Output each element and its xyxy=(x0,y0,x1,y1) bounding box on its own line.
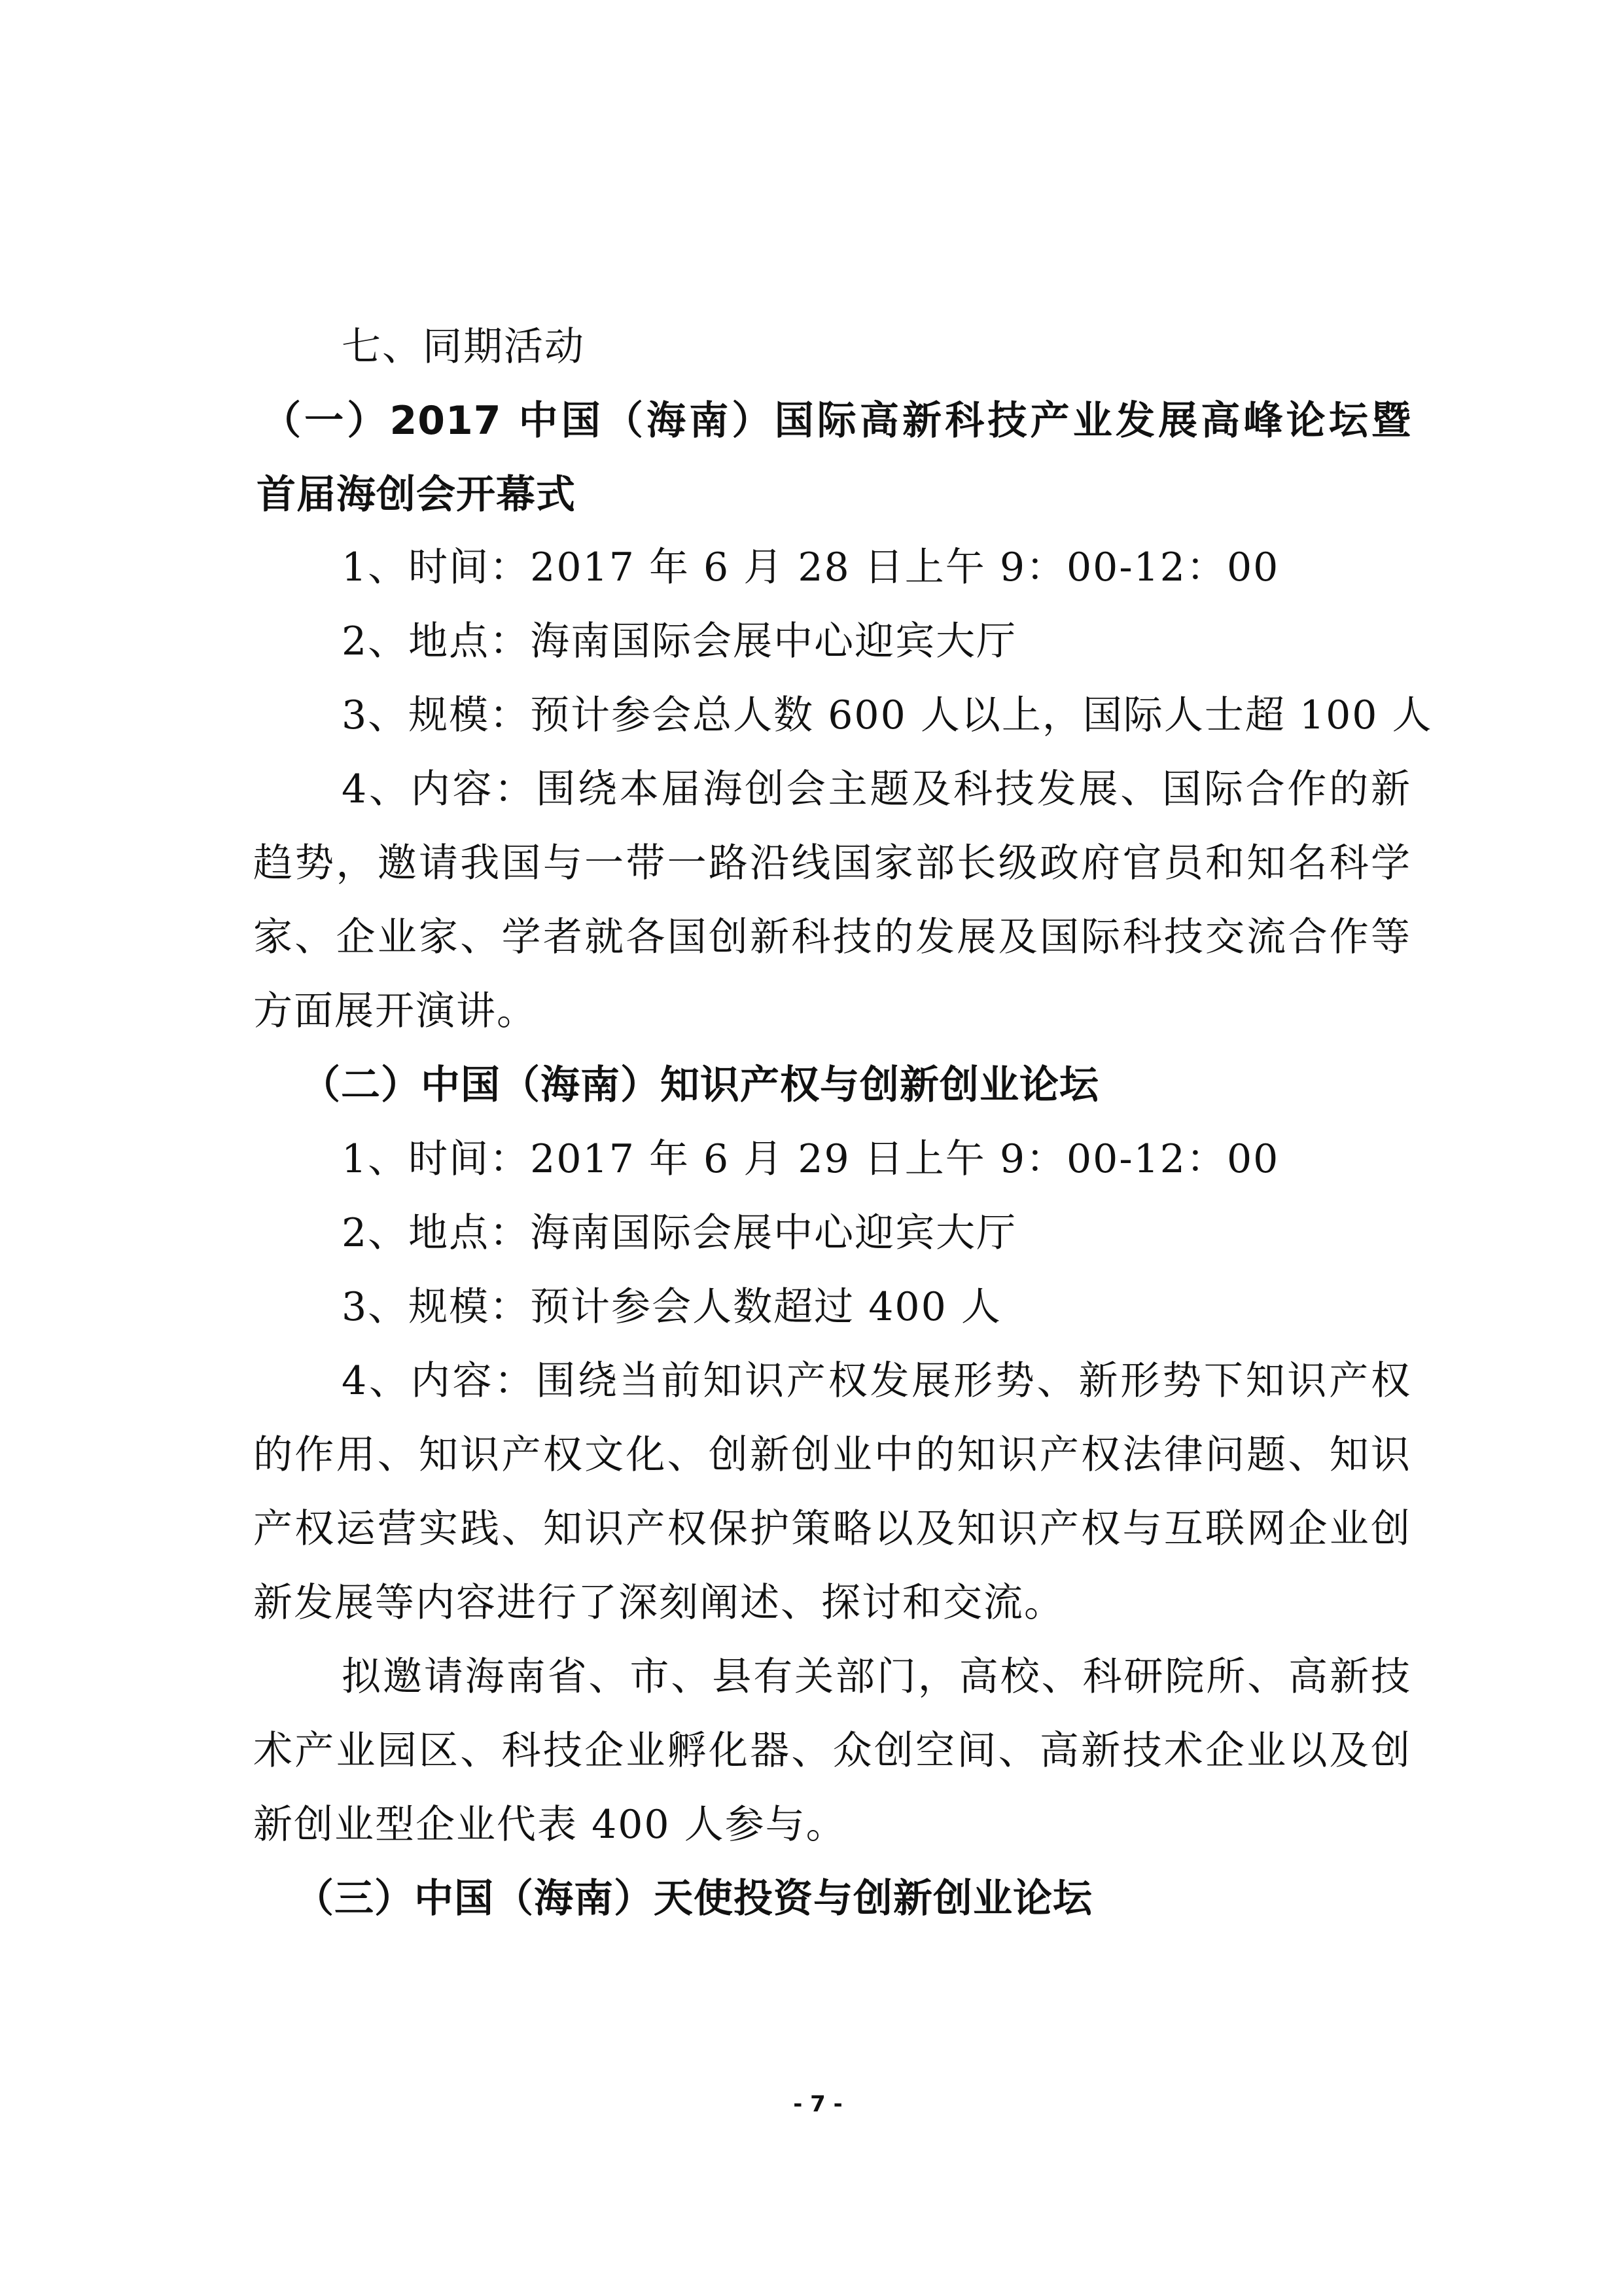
event-2-title: （二）中国（海南）知识产权与创新创业论坛 xyxy=(301,1059,1459,1133)
section-heading: 七、同期活动 xyxy=(342,321,1411,395)
event-2-content-line2: 的作用、知识产权文化、创新创业中的知识产权法律问题、知识 xyxy=(253,1429,1411,1503)
document-page: 七、同期活动 （一）2017 中国（海南）国际高新科技产业发展高峰论坛暨 首届海… xyxy=(0,0,1624,2296)
event-2-content-line4: 新发展等内容进行了深刻阐述、探讨和交流。 xyxy=(253,1577,1411,1651)
event-1-content-line1: 4、内容：围绕本届海创会主题及科技发展、国际合作的新 xyxy=(342,763,1411,837)
event-1-content-line4: 方面展开演讲。 xyxy=(253,985,1411,1059)
event-1-place: 2、地点：海南国际会展中心迎宾大厅 xyxy=(342,615,1411,689)
event-2-place: 2、地点：海南国际会展中心迎宾大厅 xyxy=(342,1207,1411,1281)
event-2-content-line1: 4、内容：围绕当前知识产权发展形势、新形势下知识产权 xyxy=(342,1355,1411,1429)
event-2-scale: 3、规模：预计参会人数超过 400 人 xyxy=(342,1281,1411,1355)
event-2-invite-line3: 新创业型企业代表 400 人参与。 xyxy=(253,1799,1411,1873)
event-1-content-line3: 家、企业家、学者就各国创新科技的发展及国际科技交流合作等 xyxy=(253,911,1411,985)
event-1-scale: 3、规模：预计参会总人数 600 人以上，国际人士超 100 人 xyxy=(342,689,1411,763)
page-number: - 7 - xyxy=(779,2091,857,2117)
event-2-time: 1、时间：2017 年 6 月 29 日上午 9：00-12：00 xyxy=(342,1133,1411,1207)
event-1-content-line2: 趋势，邀请我国与一带一路沿线国家部长级政府官员和知名科学 xyxy=(253,837,1411,911)
event-2-invite-line1: 拟邀请海南省、市、县有关部门，高校、科研院所、高新技 xyxy=(342,1651,1411,1725)
event-2-invite-line2: 术产业园区、科技企业孵化器、众创空间、高新技术企业以及创 xyxy=(253,1725,1411,1799)
event-3-title: （三）中国（海南）天使投资与创新创业论坛 xyxy=(294,1873,1453,1946)
event-1-title-line1: （一）2017 中国（海南）国际高新科技产业发展高峰论坛暨 xyxy=(262,395,1411,469)
event-2-content-line3: 产权运营实践、知识产权保护策略以及知识产权与互联网企业创 xyxy=(253,1503,1411,1577)
event-1-title-line2: 首届海创会开幕式 xyxy=(256,469,1415,543)
event-1-time: 1、时间：2017 年 6 月 28 日上午 9：00-12：00 xyxy=(342,541,1411,615)
